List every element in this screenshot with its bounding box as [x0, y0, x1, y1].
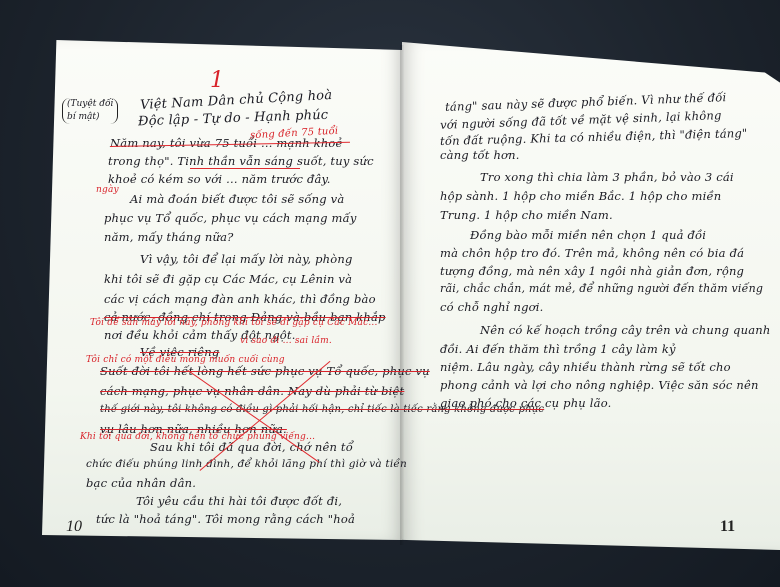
manuscript-line: Ai mà đoán biết được tôi sẽ sống và	[130, 192, 344, 206]
manuscript-line: tượng đồng, mà nên xây 1 ngôi nhà giản đ…	[440, 264, 744, 278]
manuscript-line: phục vụ Tổ quốc, phục vụ cách mạng mấy	[104, 211, 357, 225]
correction-note: Tôi chỉ có một điều mong muốn cuối cùng	[86, 355, 285, 365]
manuscript-line: trong thọ". Tinh thần vẫn sáng suốt, tuy…	[108, 154, 374, 168]
page-number-left: 10	[66, 518, 82, 536]
manuscript-line: phong cảnh và lợi cho nông nghiệp. Việc …	[440, 378, 759, 392]
manuscript-line: khoẻ có kém so với ... năm trước đây.	[108, 172, 331, 186]
manuscript-line: giao phó cho các cụ phụ lão.	[440, 396, 612, 410]
correction-note: Tôi để sẵn mấy lời này, phòng khi tôi sẽ…	[90, 318, 378, 328]
margin-note: (Tuyệt đối bí mật)	[62, 98, 118, 124]
manuscript-line: càng tốt hơn.	[440, 148, 520, 162]
margin-note-line: (Tuyệt đối	[67, 98, 113, 111]
manuscript-line: có chỗ nghỉ ngơi.	[440, 300, 544, 314]
correction-note: vì sao đi ... sai lầm.	[240, 336, 332, 346]
manuscript-line: hộp sành. 1 hộp cho miền Bắc. 1 hộp cho …	[440, 189, 721, 203]
manuscript-line: cách mạng, phục vụ nhân dân. Nay dù phải…	[100, 384, 404, 398]
manuscript-line: tức là "hoả táng". Tôi mong rằng cách "h…	[96, 512, 355, 526]
manuscript-line: Tro xong thì chia làm 3 phần, bỏ vào 3 c…	[480, 170, 734, 184]
manuscript-line: bạc của nhân dân.	[86, 476, 196, 490]
chapter-mark: 1	[210, 68, 224, 93]
manuscript-line: chức điếu phúng linh đình, để khỏi lãng …	[86, 458, 407, 470]
manuscript-line: niệm. Lâu ngày, cây nhiều thành rừng sẽ …	[440, 360, 731, 374]
margin-note-line: bí mật)	[67, 111, 113, 124]
manuscript-line: Trung. 1 hộp cho miền Nam.	[440, 208, 613, 222]
manuscript-line: Đồng bào mỗi miền nên chọn 1 quả đồi	[470, 228, 706, 242]
manuscript-line: Tôi yêu cầu thi hài tôi được đốt đi,	[136, 494, 342, 508]
manuscript-line: Suốt đời tôi hết lòng hết sức phục vụ Tổ…	[100, 364, 430, 378]
manuscript-line: năm, mấy tháng nữa?	[104, 230, 234, 244]
manuscript-line: rãi, chắc chắn, mát mẻ, để những người đ…	[440, 282, 763, 295]
manuscript-line: các vị cách mạng đàn anh khác, thì đồng …	[104, 292, 376, 306]
strike-line	[190, 168, 300, 169]
correction-note: ngày	[96, 185, 119, 195]
open-booklet: 1 (Tuyệt đối bí mật) Việt Nam Dân chủ Cộ…	[0, 0, 780, 587]
booklet-spine	[400, 45, 404, 545]
manuscript-line: Nên có kế hoạch trồng cây trên và chung …	[480, 323, 770, 337]
manuscript-line: khi tôi sẽ đi gặp cụ Các Mác, cụ Lênin v…	[104, 272, 352, 286]
manuscript-line: Sau khi tôi đã qua đời, chớ nên tổ	[150, 440, 353, 454]
manuscript-line: Vì vậy, tôi để lại mấy lời này, phòng	[140, 252, 353, 266]
manuscript-line: mà chôn hộp tro đó. Trên mả, không nên c…	[440, 246, 744, 260]
page-number-right: 11	[720, 518, 735, 536]
manuscript-line: đồi. Ai đến thăm thì trồng 1 cây làm kỷ	[440, 342, 676, 356]
